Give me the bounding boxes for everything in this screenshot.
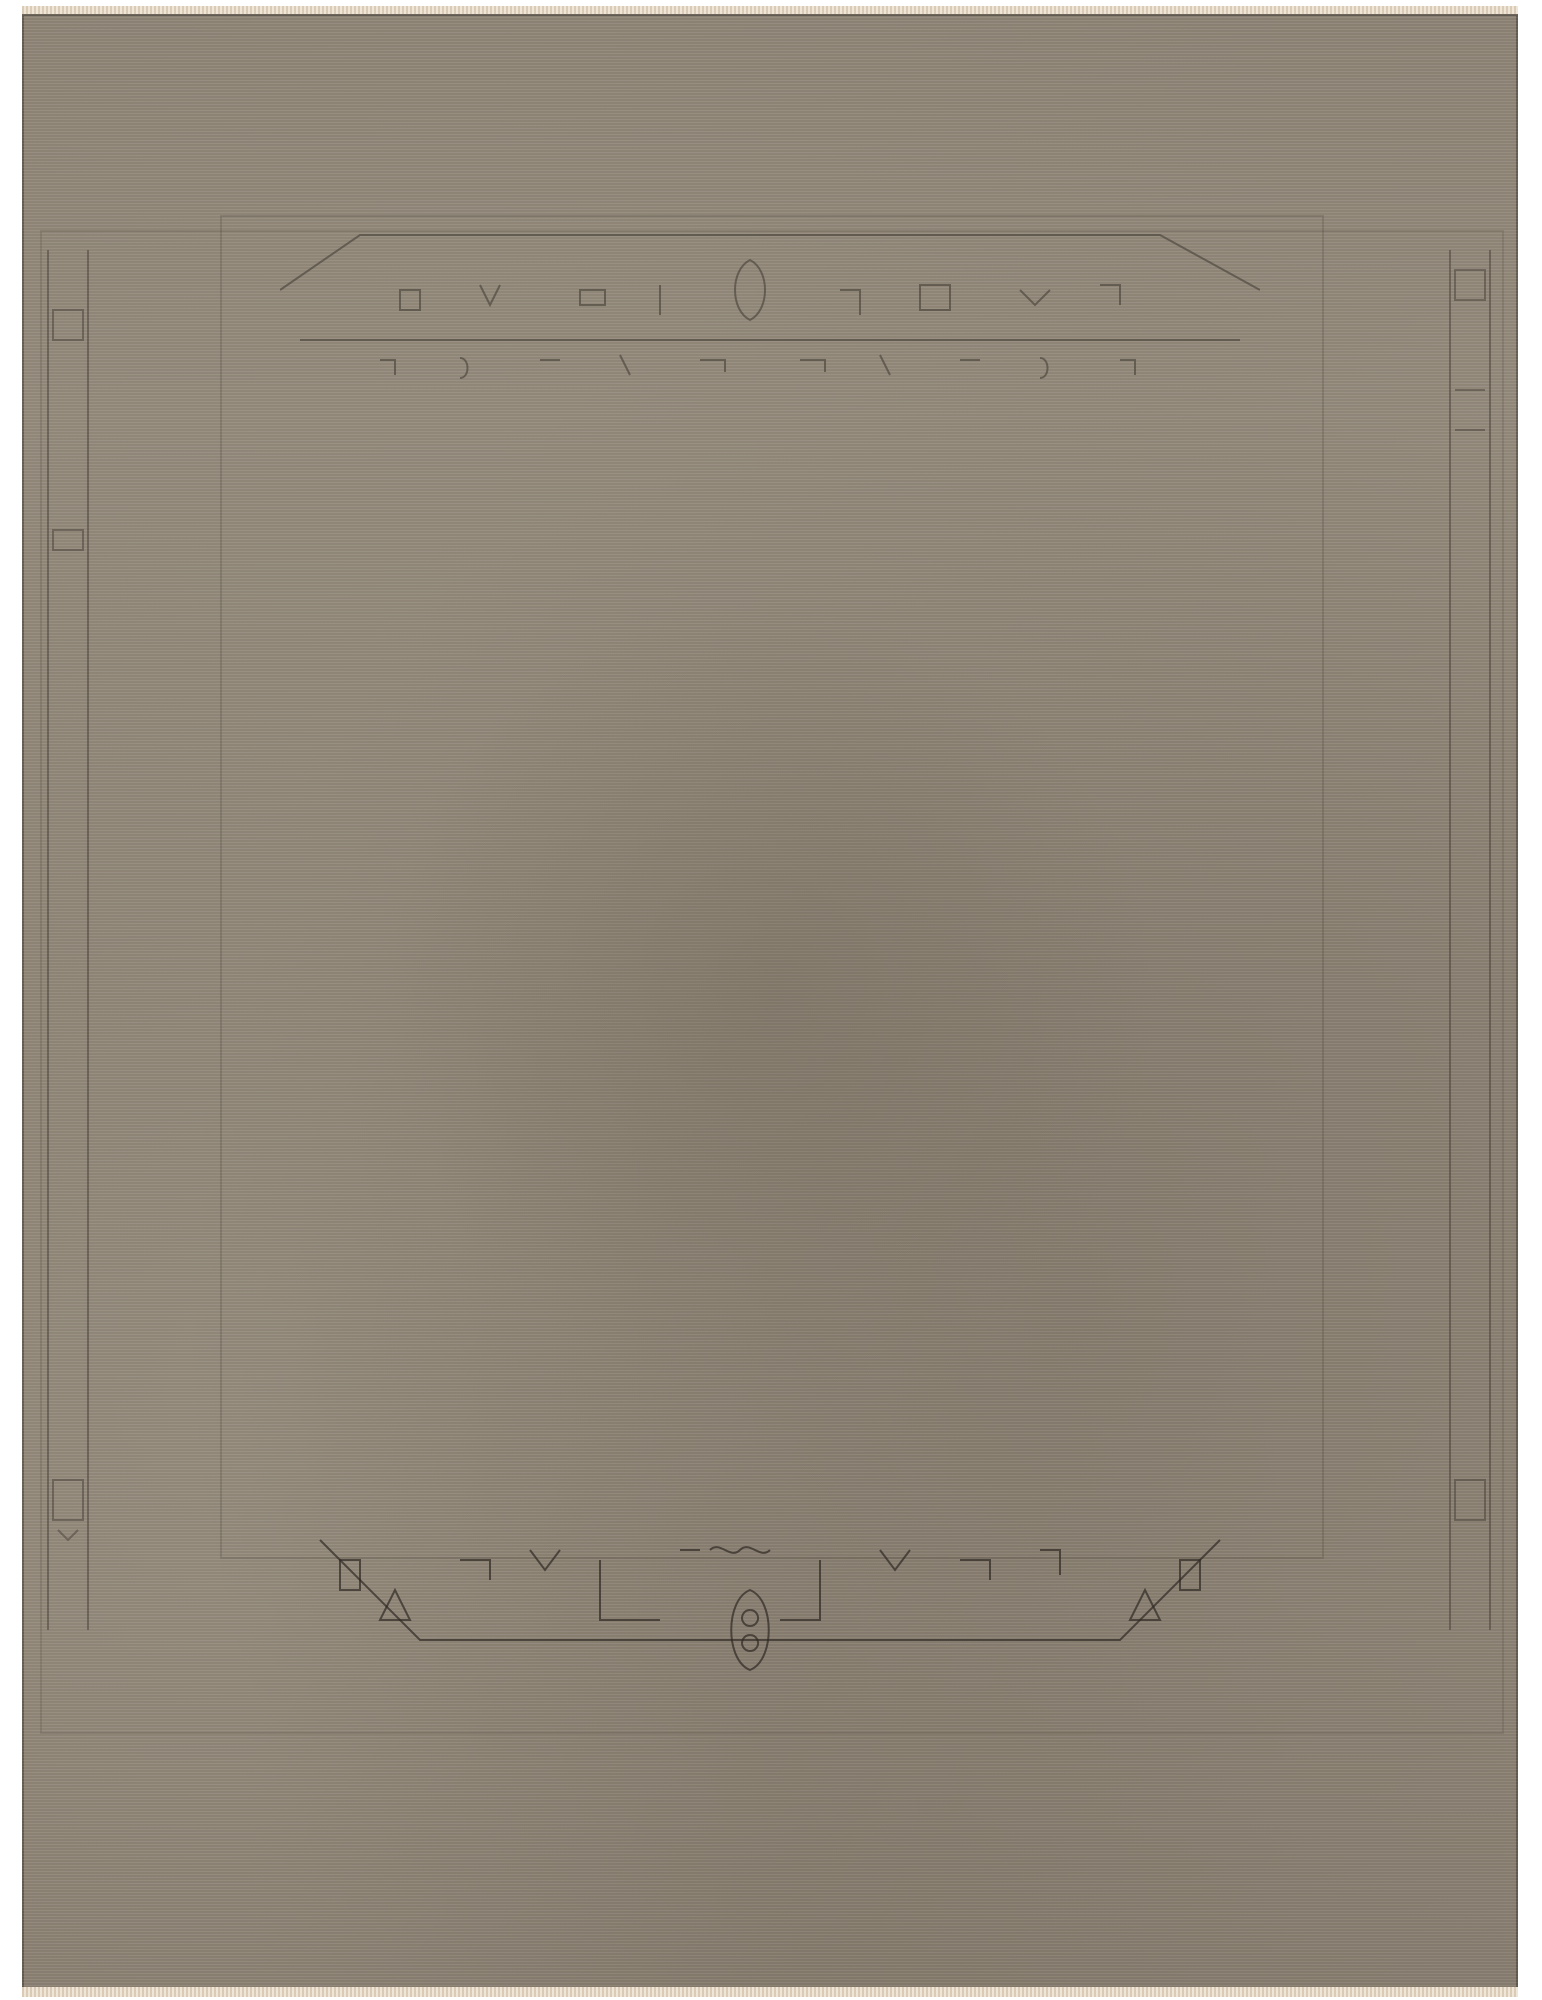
bottom-medallion-band: [280, 1520, 1260, 1690]
rug-bottom-fringe: [22, 1987, 1518, 1997]
top-medallion-band: [280, 230, 1260, 400]
right-border-motif: [1440, 230, 1500, 1650]
left-border-motif: [38, 230, 98, 1650]
rug-inner-field-border: [220, 215, 1324, 1559]
